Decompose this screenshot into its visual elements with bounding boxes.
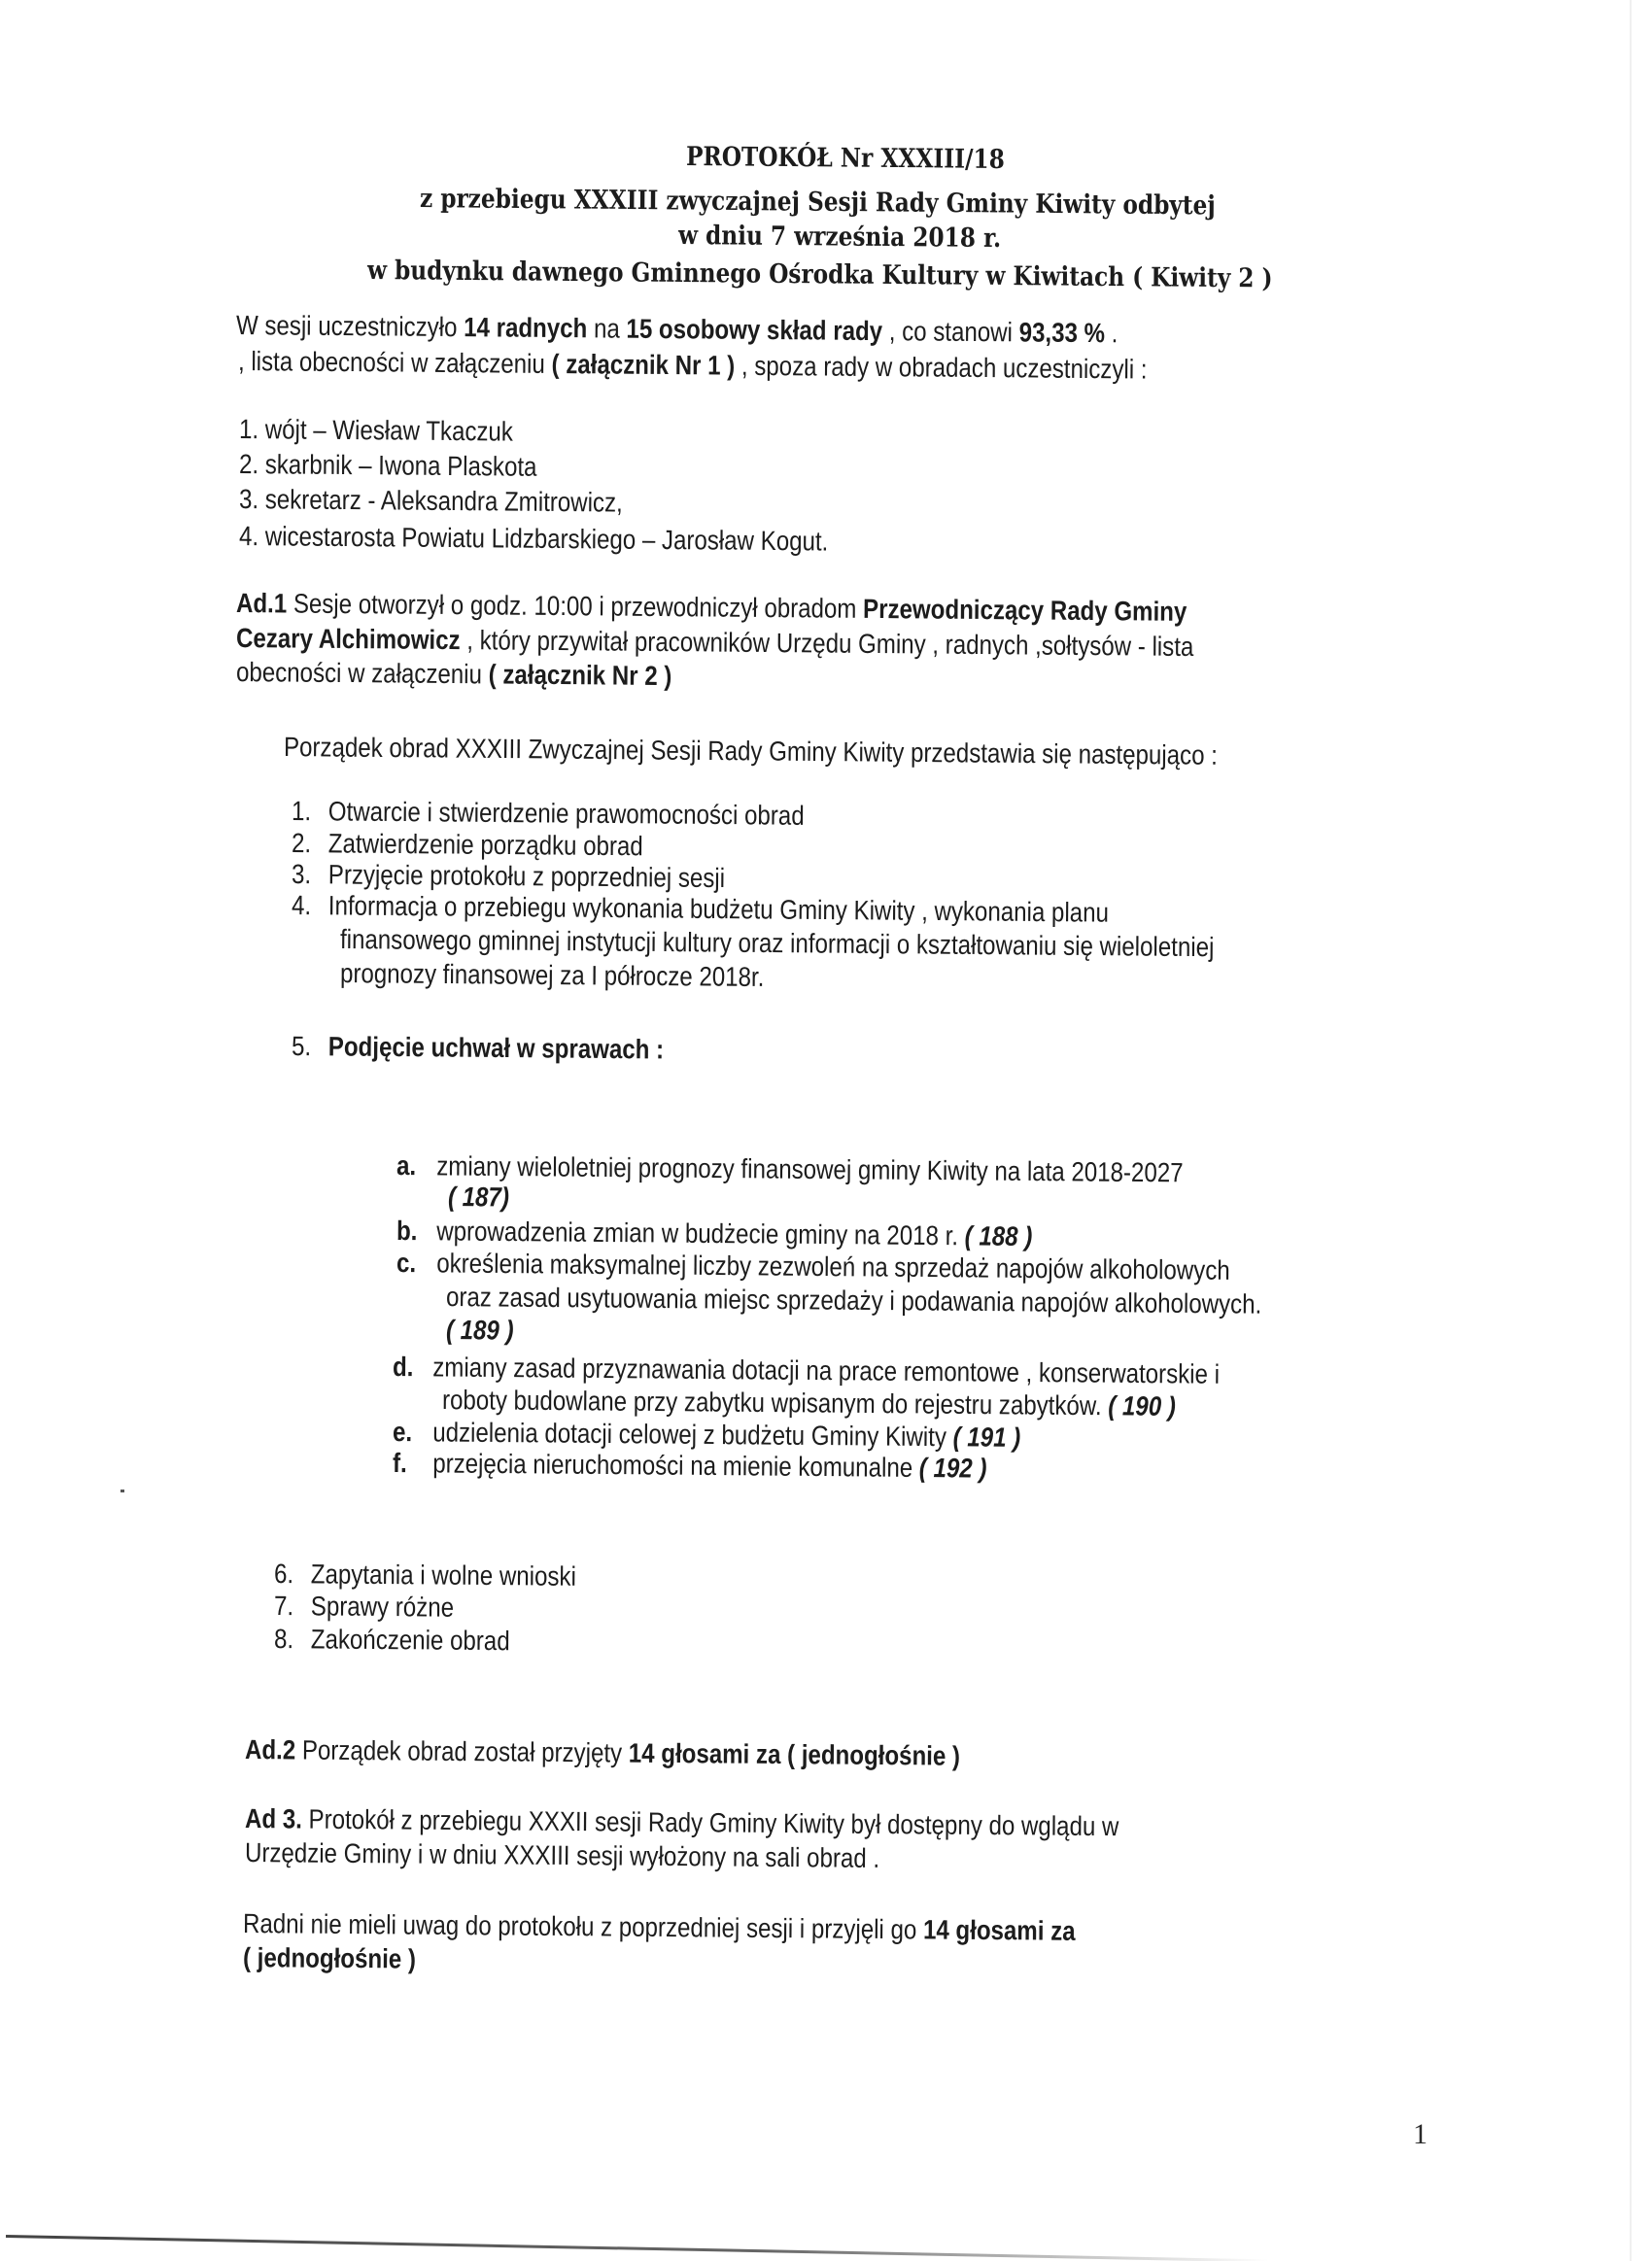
attachment-ref: ( załącznik Nr 1 ) [551, 349, 735, 381]
item-number: 8. [274, 1623, 311, 1656]
item-text: Sprawy różne [311, 1591, 454, 1622]
ad3-line-4: ( jednogłośnie ) [243, 1941, 416, 1976]
document-subtitle-date: w dniu 7 września 2018 r. [678, 220, 1001, 256]
ad2-label: Ad.2 [245, 1734, 295, 1764]
resolution-letter: b. [396, 1215, 437, 1248]
agenda-item: 6.Zapytania i wolne wnioski [274, 1558, 576, 1593]
text: na [587, 313, 626, 343]
guest-item: 4. wicestarosta Powiatu Lidzbarskiego – … [239, 520, 829, 559]
resolution-number: ( 187) [448, 1182, 509, 1213]
item-number: 5. [292, 1030, 328, 1063]
resolution-number: ( 190 ) [1108, 1390, 1176, 1422]
resolution-letter: f. [393, 1447, 433, 1480]
attachment-ref: ( załącznik Nr 2 ) [489, 659, 672, 691]
document-subtitle-location: w budynku dawnego Gminnego Ośrodka Kultu… [367, 255, 1273, 296]
attendance-percent: 93,33 % [1019, 317, 1106, 348]
guest-item: 2. skarbnik – Iwona Plaskota [239, 448, 537, 484]
text: . [1105, 318, 1119, 348]
resolution-continuation: oraz zasad usytuowania miejsc sprzedaży … [446, 1281, 1261, 1321]
attendance-line-2: , lista obecności w załączeniu ( załączn… [238, 345, 1148, 387]
resolution-text: roboty budowlane przy zabytku wpisanym d… [442, 1385, 1108, 1421]
resolution-text: zmiany wieloletniej prognozy finansowej … [436, 1150, 1183, 1187]
ad3-line-2: Urzędzie Gminy i w dniu XXXIII sesji wył… [245, 1836, 879, 1875]
chair-name: Cezary Alchimowicz [236, 623, 461, 655]
item-number: 4. [292, 889, 328, 922]
resolution-text: wprowadzenia zmian w budżecie gminy na 2… [436, 1216, 965, 1250]
radni-count: 14 radnych [464, 312, 587, 343]
item-text: Otwarcie i stwierdzenie prawomocności ob… [328, 796, 805, 830]
resolution-letter: c. [396, 1247, 437, 1280]
text: , spoza rady w obradach uczestniczyli : [735, 351, 1147, 385]
text: Sesje otworzył o godz. 10:00 i przewodni… [287, 588, 863, 623]
text: , lista obecności w załączeniu [238, 346, 552, 379]
text: obecności w załączeniu [236, 657, 489, 689]
resolution-text: udzielenia dotacji celowej z budżetu Gmi… [432, 1417, 953, 1452]
guest-item: 3. sekretarz - Aleksandra Zmitrowicz, [239, 483, 623, 520]
resolution-letter: d. [393, 1351, 433, 1384]
resolution-number: ( 188 ) [965, 1220, 1033, 1251]
resolution-ref: ( 189 ) [446, 1314, 514, 1348]
item-number: 6. [274, 1558, 311, 1591]
scan-speck [120, 1490, 124, 1492]
ad1-line-3: obecności w załączeniu ( załącznik Nr 2 … [236, 656, 672, 693]
resolution-number: ( 191 ) [953, 1422, 1021, 1453]
vote-result: 14 głosami za [923, 1914, 1076, 1945]
text: Porządek obrad został przyjęty [295, 1734, 629, 1767]
resolution-letter: e. [393, 1416, 433, 1449]
agenda-item: 7.Sprawy różne [274, 1590, 454, 1625]
item-text: Podjęcie uchwał w sprawach : [328, 1031, 664, 1064]
document-subtitle-session: z przebiegu XXXIII zwyczajnej Sesji Rady… [420, 183, 1216, 223]
resolution-item: a.zmiany wieloletniej prognozy finansowe… [396, 1149, 1184, 1189]
text: Radni nie mieli uwag do protokołu z popr… [243, 1908, 923, 1944]
scan-bottom-edge [6, 2235, 1269, 2261]
ad2-paragraph: Ad.2 Porządek obrad został przyjęty 14 g… [245, 1733, 960, 1773]
chair-title: Przewodniczący Rady Gminy [863, 594, 1187, 627]
resolution-ref: ( 187) [448, 1181, 509, 1215]
ad3-label: Ad 3. [245, 1803, 302, 1834]
text: , który przywitał pracowników Urzędu Gmi… [461, 625, 1194, 662]
agenda-item-continuation: prognozy finansowej za I półrocze 2018r. [340, 957, 765, 994]
agenda-item: 8.Zakończenie obrad [274, 1623, 510, 1658]
vote-result: ( jednogłośnie ) [243, 1942, 416, 1974]
item-text: Przyjęcie protokołu z poprzedniej sesji [328, 859, 725, 893]
text: , co stanowi [882, 316, 1019, 347]
guest-item: 1. wójt – Wiesław Tkaczuk [239, 413, 513, 449]
item-number: 2. [292, 827, 328, 860]
agenda-item: 5.Podjęcie uchwał w sprawach : [292, 1030, 664, 1066]
vote-result: 14 głosami za ( jednogłośnie ) [629, 1738, 960, 1771]
document-page: PROTOKÓŁ Nr XXXIII/18 z przebiegu XXXIII… [0, 0, 1652, 2261]
page-number: 1 [1413, 2118, 1428, 2151]
item-number: 3. [292, 858, 328, 891]
resolution-number: ( 192 ) [919, 1453, 987, 1484]
item-text: Zatwierdzenie porządku obrad [328, 828, 643, 861]
item-text: Zapytania i wolne wnioski [311, 1559, 576, 1591]
attendance-line-1: W sesji uczestniczyło 14 radnych na 15 o… [236, 309, 1119, 350]
scan-right-edge [1630, 0, 1632, 2261]
resolution-text: określenia maksymalnej liczby zezwoleń n… [436, 1248, 1230, 1285]
item-text: Zakończenie obrad [311, 1624, 510, 1656]
item-number: 7. [274, 1590, 311, 1623]
text: W sesji uczestniczyło [236, 310, 464, 342]
resolution-text: przejęcia nieruchomości na mienie komuna… [432, 1448, 919, 1483]
text: Protokół z przebiegu XXXII sesji Rady Gm… [302, 1804, 1119, 1842]
resolution-item: f.przejęcia nieruchomości na mienie komu… [393, 1447, 987, 1486]
agenda-intro: Porządek obrad XXXIII Zwyczajnej Sesji R… [284, 731, 1218, 772]
council-size: 15 osobowy skład rady [626, 314, 882, 346]
document-title: PROTOKÓŁ Nr XXXIII/18 [686, 141, 1005, 177]
resolution-number: ( 189 ) [446, 1315, 514, 1346]
resolution-text: zmiany zasad przyznawania dotacji na pra… [432, 1352, 1220, 1388]
resolution-letter: a. [396, 1149, 437, 1182]
item-number: 1. [292, 795, 328, 828]
ad1-label: Ad.1 [236, 588, 287, 618]
item-text: Informacja o przebiegu wykonania budżetu… [328, 890, 1109, 927]
